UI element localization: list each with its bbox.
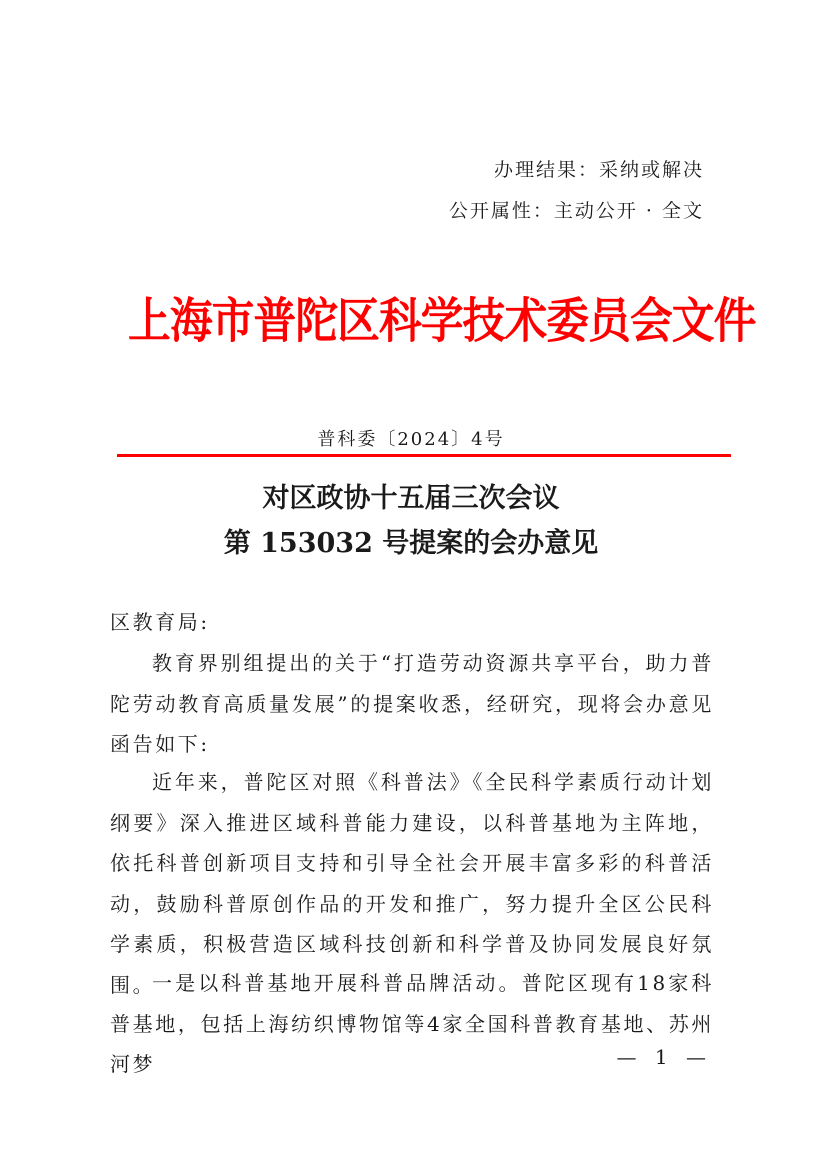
addressee: 区教育局: bbox=[110, 602, 714, 643]
issuing-organization-title: 上海市普陀区科学技术委员会文件 bbox=[128, 282, 671, 351]
headline-line-1: 对区政协十五届三次会议 bbox=[0, 476, 822, 515]
disclosure-attribute: 公开属性：主动公开 · 全文 bbox=[449, 196, 704, 223]
document-number: 普科委〔2024〕4号 bbox=[0, 425, 822, 451]
handling-result: 办理结果：采纳或解决 bbox=[494, 155, 704, 182]
headline-line-2: 第 153032 号提案的会办意见 bbox=[0, 521, 822, 560]
paragraph-text: 教育界别组提出的关于“打造劳动资源共享平台，助力普陀劳动教育高质量发展”的提案收… bbox=[110, 643, 714, 765]
red-divider-line bbox=[117, 454, 731, 457]
body-paragraph: 教育界别组提出的关于“打造劳动资源共享平台，助力普陀劳动教育高质量发展”的提案收… bbox=[110, 643, 714, 765]
page-number: — 1 — bbox=[617, 1045, 712, 1069]
